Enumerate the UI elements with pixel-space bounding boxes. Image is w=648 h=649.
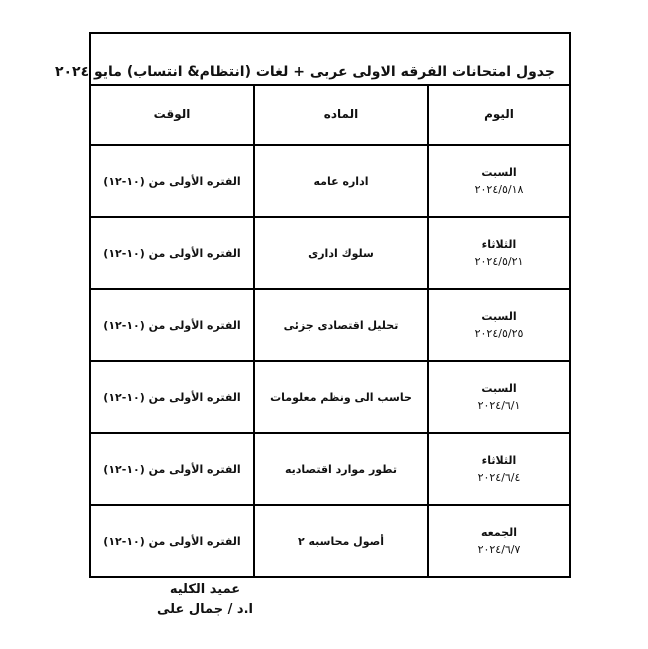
- day-cell: الثلاثاء ٢٠٢٤/٥/٢١: [428, 217, 569, 289]
- table-row: الثلاثاء ٢٠٢٤/٥/٢١ سلوك ادارى الفتره الأ…: [91, 217, 569, 289]
- day-name: السبت: [429, 164, 569, 181]
- time-cell: الفتره الأولى من (١٠-١٢): [91, 361, 254, 433]
- day-date: ٢٠٢٤/٦/١: [429, 397, 569, 414]
- time-cell: الفتره الأولى من (١٠-١٢): [91, 289, 254, 361]
- signature-role: عميد الكليه: [150, 580, 260, 600]
- subject-cell: أصول محاسبه ٢: [254, 505, 428, 576]
- signature-block: عميد الكليه ا.د / جمال على: [150, 580, 260, 620]
- day-cell: السبت ٢٠٢٤/٥/٢٥: [428, 289, 569, 361]
- time-cell: الفتره الأولى من (١٠-١٢): [91, 217, 254, 289]
- subject-cell: تحليل اقتصادى جزئى: [254, 289, 428, 361]
- time-cell: الفتره الأولى من (١٠-١٢): [91, 145, 254, 217]
- day-name: الثلاثاء: [429, 236, 569, 253]
- subject-cell: اداره عامه: [254, 145, 428, 217]
- time-cell: الفتره الأولى من (١٠-١٢): [91, 505, 254, 576]
- day-date: ٢٠٢٤/٥/٢١: [429, 253, 569, 270]
- page-title: جدول امتحانات الفرقه الاولى عربى + لغات …: [55, 64, 555, 80]
- table-row: السبت ٢٠٢٤/٦/١ حاسب الى ونظم معلومات الف…: [91, 361, 569, 433]
- subject-cell: تطور موارد اقتصاديه: [254, 433, 428, 505]
- header-subject: الماده: [254, 84, 428, 145]
- table-row: الجمعه ٢٠٢٤/٦/٧ أصول محاسبه ٢ الفتره الأ…: [91, 505, 569, 576]
- exam-schedule-sheet: جدول امتحانات الفرقه الاولى عربى + لغات …: [89, 32, 571, 578]
- day-cell: الثلاثاء ٢٠٢٤/٦/٤: [428, 433, 569, 505]
- day-name: السبت: [429, 308, 569, 325]
- header-day: اليوم: [428, 84, 569, 145]
- day-name: الثلاثاء: [429, 452, 569, 469]
- time-cell: الفتره الأولى من (١٠-١٢): [91, 433, 254, 505]
- day-date: ٢٠٢٤/٥/٢٥: [429, 325, 569, 342]
- subject-cell: سلوك ادارى: [254, 217, 428, 289]
- day-date: ٢٠٢٤/٦/٧: [429, 541, 569, 558]
- title-row: جدول امتحانات الفرقه الاولى عربى + لغات …: [91, 34, 569, 86]
- header-time: الوقت: [91, 84, 254, 145]
- table-row: السبت ٢٠٢٤/٥/١٨ اداره عامه الفتره الأولى…: [91, 145, 569, 217]
- day-date: ٢٠٢٤/٦/٤: [429, 469, 569, 486]
- signature-name: ا.د / جمال على: [150, 600, 260, 620]
- schedule-table: اليوم الماده الوقت السبت ٢٠٢٤/٥/١٨ اداره…: [91, 84, 569, 576]
- day-cell: السبت ٢٠٢٤/٥/١٨: [428, 145, 569, 217]
- header-row: اليوم الماده الوقت: [91, 84, 569, 145]
- day-cell: الجمعه ٢٠٢٤/٦/٧: [428, 505, 569, 576]
- day-name: السبت: [429, 380, 569, 397]
- day-date: ٢٠٢٤/٥/١٨: [429, 181, 569, 198]
- table-row: الثلاثاء ٢٠٢٤/٦/٤ تطور موارد اقتصاديه ال…: [91, 433, 569, 505]
- subject-cell: حاسب الى ونظم معلومات: [254, 361, 428, 433]
- day-cell: السبت ٢٠٢٤/٦/١: [428, 361, 569, 433]
- day-name: الجمعه: [429, 524, 569, 541]
- table-row: السبت ٢٠٢٤/٥/٢٥ تحليل اقتصادى جزئى الفتر…: [91, 289, 569, 361]
